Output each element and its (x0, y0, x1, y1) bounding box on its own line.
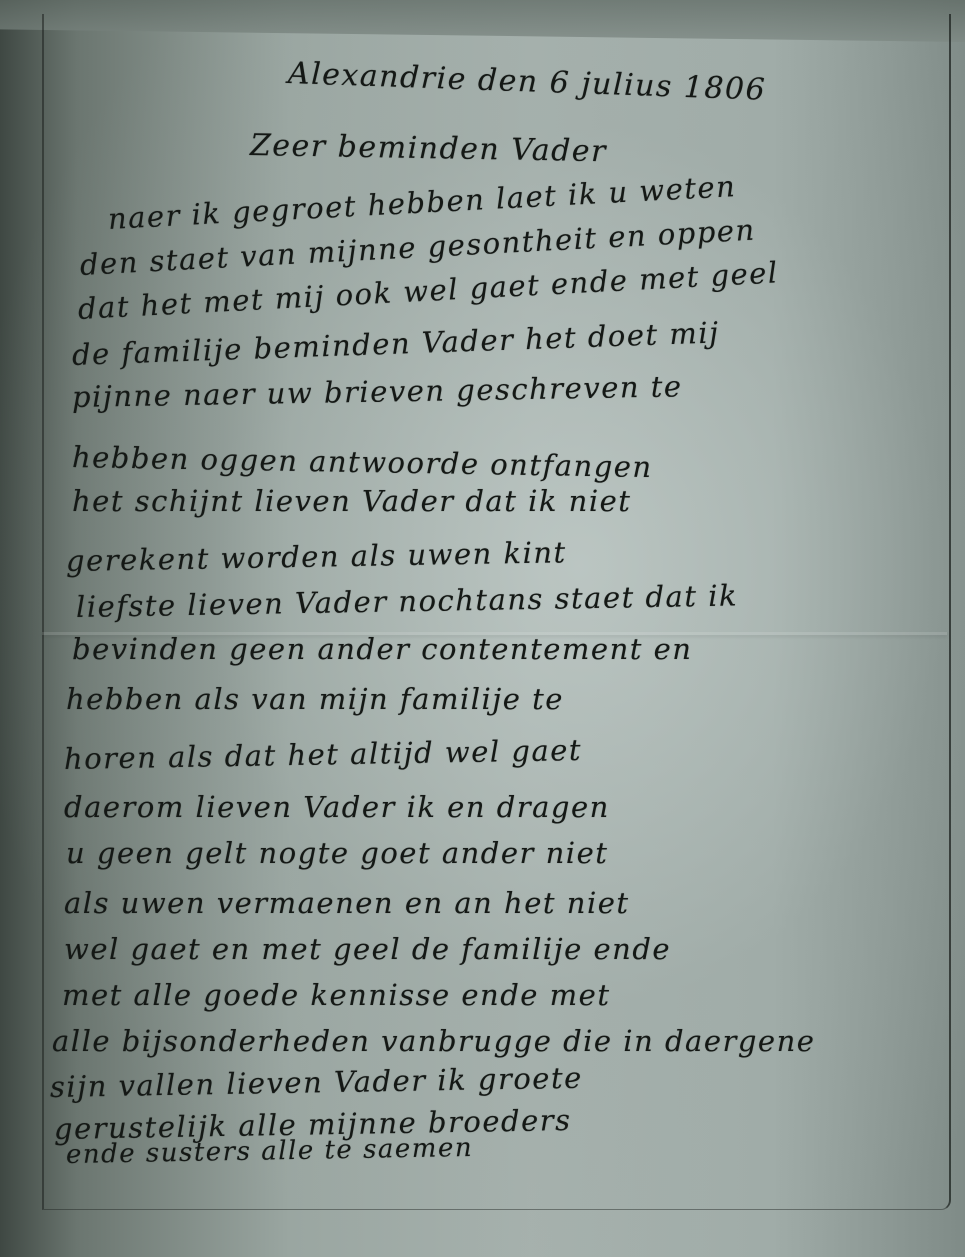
body-line: het schijnt lieven Vader dat ik niet (72, 484, 631, 518)
body-line: sijn vallen lieven Vader ik groete (50, 1061, 583, 1104)
body-line: als uwen vermaenen en an het niet (64, 886, 630, 920)
body-line: ende susters alle te saemen (66, 1133, 474, 1170)
body-line: daerom lieven Vader ik en dragen (64, 790, 610, 824)
body-line: bevinden geen ander contentement en (72, 632, 692, 666)
body-line: alle bijsonderheden vanbrugge die in dae… (52, 1024, 815, 1058)
body-line: met alle goede kennisse ende met (62, 978, 611, 1012)
body-line: wel gaet en met geel de familije ende (64, 932, 671, 966)
body-line: liefste lieven Vader nochtans staet dat … (76, 578, 739, 624)
body-line: hebben oggen antwoorde ontfangen (72, 440, 653, 484)
letter-text: Alexandrie den 6 julius 1806 Zeer bemind… (0, 0, 965, 1257)
body-line: hebben als van mijn familije te (66, 682, 564, 716)
salutation: Zeer beminden Vader (250, 128, 608, 169)
body-line: de familije beminden Vader het doet mij (71, 315, 720, 372)
body-line: pijnne naer uw brieven geschreven te (72, 369, 683, 414)
body-line: u geen gelt nogte goet ander niet (66, 836, 608, 870)
body-line: horen als dat het altijd wel gaet (64, 733, 583, 776)
dateline: Alexandrie den 6 julius 1806 (287, 56, 766, 108)
body-line: gerekent worden als uwen kint (66, 535, 567, 578)
